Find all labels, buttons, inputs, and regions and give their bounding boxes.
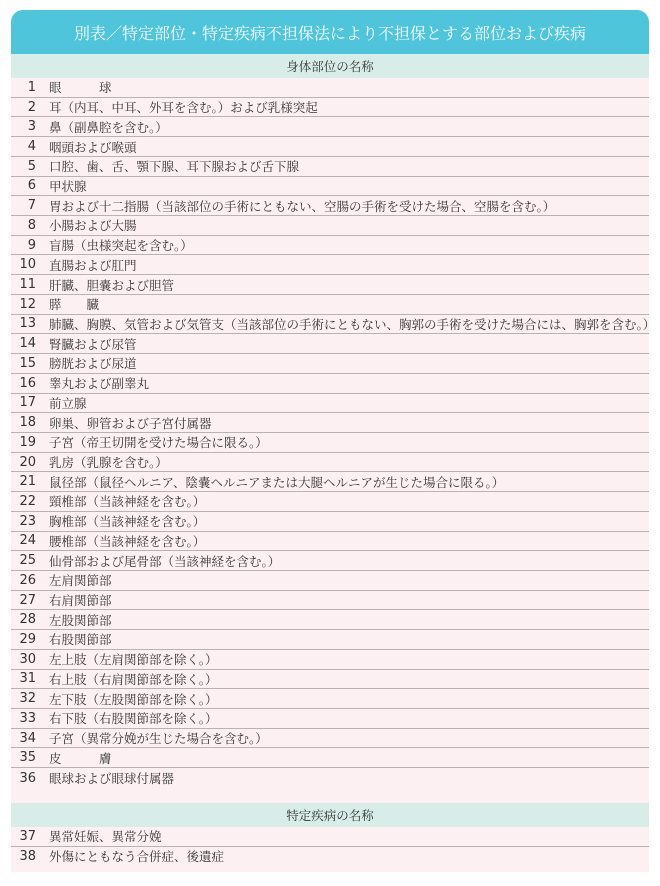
row-text: 睾丸および副睾丸 [49, 374, 649, 392]
table-row: 15膀胱および尿道 [11, 354, 649, 374]
row-number: 31 [11, 671, 49, 686]
table-row: 18卵巣、卵管および子宮付属器 [11, 413, 649, 433]
row-number: 16 [11, 376, 49, 391]
row-text: 甲状腺 [49, 177, 649, 195]
table-row: 32左下肢（左股関節部を除く。） [11, 689, 649, 709]
row-number: 35 [11, 750, 49, 765]
row-text: 左上肢（左肩関節部を除く。） [49, 650, 649, 668]
exclusion-table: 別表／特定部位・特定疾病不担保法により不担保とする部位および疾病 身体部位の名称… [11, 10, 649, 872]
row-text: 右股関節部 [49, 630, 649, 648]
table-row: 16睾丸および副睾丸 [11, 374, 649, 394]
row-text: 卵巣、卵管および子宮付属器 [49, 414, 649, 432]
row-number: 9 [11, 238, 49, 253]
row-text: 盲腸（虫様突起を含む。） [49, 236, 649, 254]
table-row: 6甲状腺 [11, 177, 649, 197]
table-row: 17前立腺 [11, 394, 649, 414]
table-row: 29右股関節部 [11, 630, 649, 650]
table-row: 7胃および十二指腸（当該部位の手術にともない、空腸の手術を受けた場合、空腸を含む… [11, 196, 649, 216]
row-text: 胃および十二指腸（当該部位の手術にともない、空腸の手術を受けた場合、空腸を含む。… [49, 197, 649, 215]
table-row: 24腰椎部（当該神経を含む。） [11, 532, 649, 552]
table-row: 20乳房（乳腺を含む。） [11, 453, 649, 473]
table-row: 1眼 球 [11, 78, 649, 98]
table-row: 28左股関節部 [11, 610, 649, 630]
row-number: 2 [11, 100, 49, 115]
table-row: 30左上肢（左肩関節部を除く。） [11, 650, 649, 670]
row-text: 子宮（帝王切開を受けた場合に限る。） [49, 433, 649, 451]
table-row: 19子宮（帝王切開を受けた場合に限る。） [11, 433, 649, 453]
row-text: 胸椎部（当該神経を含む。） [49, 512, 649, 530]
row-text: 左股関節部 [49, 611, 649, 629]
row-text: 膵 臓 [49, 295, 649, 313]
row-text: 肝臓、胆嚢および胆管 [49, 276, 649, 294]
table-title: 別表／特定部位・特定疾病不担保法により不担保とする部位および疾病 [11, 10, 649, 54]
table-row: 35皮 膚 [11, 748, 649, 768]
row-text: 外傷にともなう合併症、後遺症 [49, 847, 649, 865]
table-row: 22頸椎部（当該神経を含む。） [11, 492, 649, 512]
table-row: 23胸椎部（当該神経を含む。） [11, 512, 649, 532]
row-number: 3 [11, 119, 49, 134]
row-number: 28 [11, 612, 49, 627]
row-number: 33 [11, 711, 49, 726]
table-row: 27右肩関節部 [11, 591, 649, 611]
row-text: 子宮（異常分娩が生じた場合を含む。） [49, 729, 649, 747]
table-row: 4咽頭および喉頭 [11, 137, 649, 157]
row-text: 前立腺 [49, 394, 649, 412]
table-row: 3鼻（副鼻腔を含む。） [11, 117, 649, 137]
section-heading-body-parts: 身体部位の名称 [11, 54, 649, 78]
row-text: 右下肢（右股関節部を除く。） [49, 709, 649, 727]
row-number: 25 [11, 553, 49, 568]
row-text: 肺臓、胸膜、気管および気管支（当該部位の手術にともない、胸郭の手術を受けた場合に… [49, 315, 655, 333]
row-number: 11 [11, 277, 49, 292]
row-text: 眼 球 [49, 78, 649, 96]
table-row: 31右上肢（右肩関節部を除く。） [11, 670, 649, 690]
row-number: 12 [11, 297, 49, 312]
row-number: 1 [11, 80, 49, 95]
row-text: 乳房（乳腺を含む。） [49, 453, 649, 471]
row-number: 21 [11, 474, 49, 489]
row-number: 36 [11, 771, 49, 786]
diseases-list: 37異常妊娠、異常分娩38外傷にともなう合併症、後遺症 [11, 827, 649, 866]
row-number: 22 [11, 494, 49, 509]
row-number: 6 [11, 178, 49, 193]
row-text: 小腸および大腸 [49, 216, 649, 234]
table-row: 38外傷にともなう合併症、後遺症 [11, 847, 649, 867]
row-number: 38 [11, 849, 49, 864]
table-row: 9盲腸（虫様突起を含む。） [11, 236, 649, 256]
row-text: 左肩関節部 [49, 571, 649, 589]
table-row: 11肝臓、胆嚢および胆管 [11, 275, 649, 295]
row-number: 18 [11, 415, 49, 430]
row-number: 30 [11, 652, 49, 667]
row-text: 鼠径部（鼠径ヘルニア、陰嚢ヘルニアまたは大腿ヘルニアが生じた場合に限る。） [49, 473, 649, 491]
row-number: 4 [11, 139, 49, 154]
table-row: 13肺臓、胸膜、気管および気管支（当該部位の手術にともない、胸郭の手術を受けた場… [11, 315, 649, 335]
table-row: 26左肩関節部 [11, 571, 649, 591]
table-row: 33右下肢（右股関節部を除く。） [11, 709, 649, 729]
row-text: 鼻（副鼻腔を含む。） [49, 118, 649, 136]
row-text: 口腔、歯、舌、顎下腺、耳下腺および舌下腺 [49, 157, 649, 175]
row-text: 仙骨部および尾骨部（当該神経を含む。） [49, 552, 649, 570]
row-number: 23 [11, 514, 49, 529]
row-number: 14 [11, 336, 49, 351]
table-row: 2耳（内耳、中耳、外耳を含む。）および乳様突起 [11, 98, 649, 118]
row-text: 皮 膚 [49, 749, 649, 767]
section-spacer [11, 788, 649, 803]
table-row: 10直腸および肛門 [11, 255, 649, 275]
row-text: 咽頭および喉頭 [49, 138, 649, 156]
row-text: 左下肢（左股関節部を除く。） [49, 690, 649, 708]
row-text: 眼球および眼球付属器 [49, 769, 649, 787]
row-number: 7 [11, 198, 49, 213]
table-row: 25仙骨部および尾骨部（当該神経を含む。） [11, 551, 649, 571]
row-text: 膀胱および尿道 [49, 354, 649, 372]
section-heading-diseases: 特定疾病の名称 [11, 803, 649, 827]
row-number: 29 [11, 632, 49, 647]
row-number: 8 [11, 218, 49, 233]
table-row: 36眼球および眼球付属器 [11, 768, 649, 788]
row-number: 34 [11, 731, 49, 746]
row-number: 32 [11, 691, 49, 706]
table-row: 5口腔、歯、舌、顎下腺、耳下腺および舌下腺 [11, 157, 649, 177]
row-text: 頸椎部（当該神経を含む。） [49, 492, 649, 510]
row-text: 異常妊娠、異常分娩 [49, 827, 649, 845]
row-number: 27 [11, 593, 49, 608]
row-text: 右上肢（右肩関節部を除く。） [49, 670, 649, 688]
row-number: 17 [11, 395, 49, 410]
table-row: 8小腸および大腸 [11, 216, 649, 236]
table-row: 21鼠径部（鼠径ヘルニア、陰嚢ヘルニアまたは大腿ヘルニアが生じた場合に限る。） [11, 472, 649, 492]
row-number: 15 [11, 356, 49, 371]
row-number: 26 [11, 573, 49, 588]
row-text: 直腸および肛門 [49, 256, 649, 274]
row-number: 5 [11, 159, 49, 174]
row-number: 10 [11, 257, 49, 272]
section-spacer [11, 866, 649, 872]
row-number: 19 [11, 435, 49, 450]
row-number: 24 [11, 533, 49, 548]
table-row: 37異常妊娠、異常分娩 [11, 827, 649, 847]
row-text: 右肩関節部 [49, 591, 649, 609]
row-text: 腎臓および尿管 [49, 335, 649, 353]
row-text: 腰椎部（当該神経を含む。） [49, 532, 649, 550]
body-parts-list: 1眼 球2耳（内耳、中耳、外耳を含む。）および乳様突起3鼻（副鼻腔を含む。）4咽… [11, 78, 649, 788]
row-number: 37 [11, 829, 49, 844]
row-text: 耳（内耳、中耳、外耳を含む。）および乳様突起 [49, 98, 649, 116]
row-number: 13 [11, 316, 49, 331]
row-number: 20 [11, 455, 49, 470]
table-row: 12膵 臓 [11, 295, 649, 315]
table-row: 34子宮（異常分娩が生じた場合を含む。） [11, 729, 649, 749]
table-row: 14腎臓および尿管 [11, 334, 649, 354]
